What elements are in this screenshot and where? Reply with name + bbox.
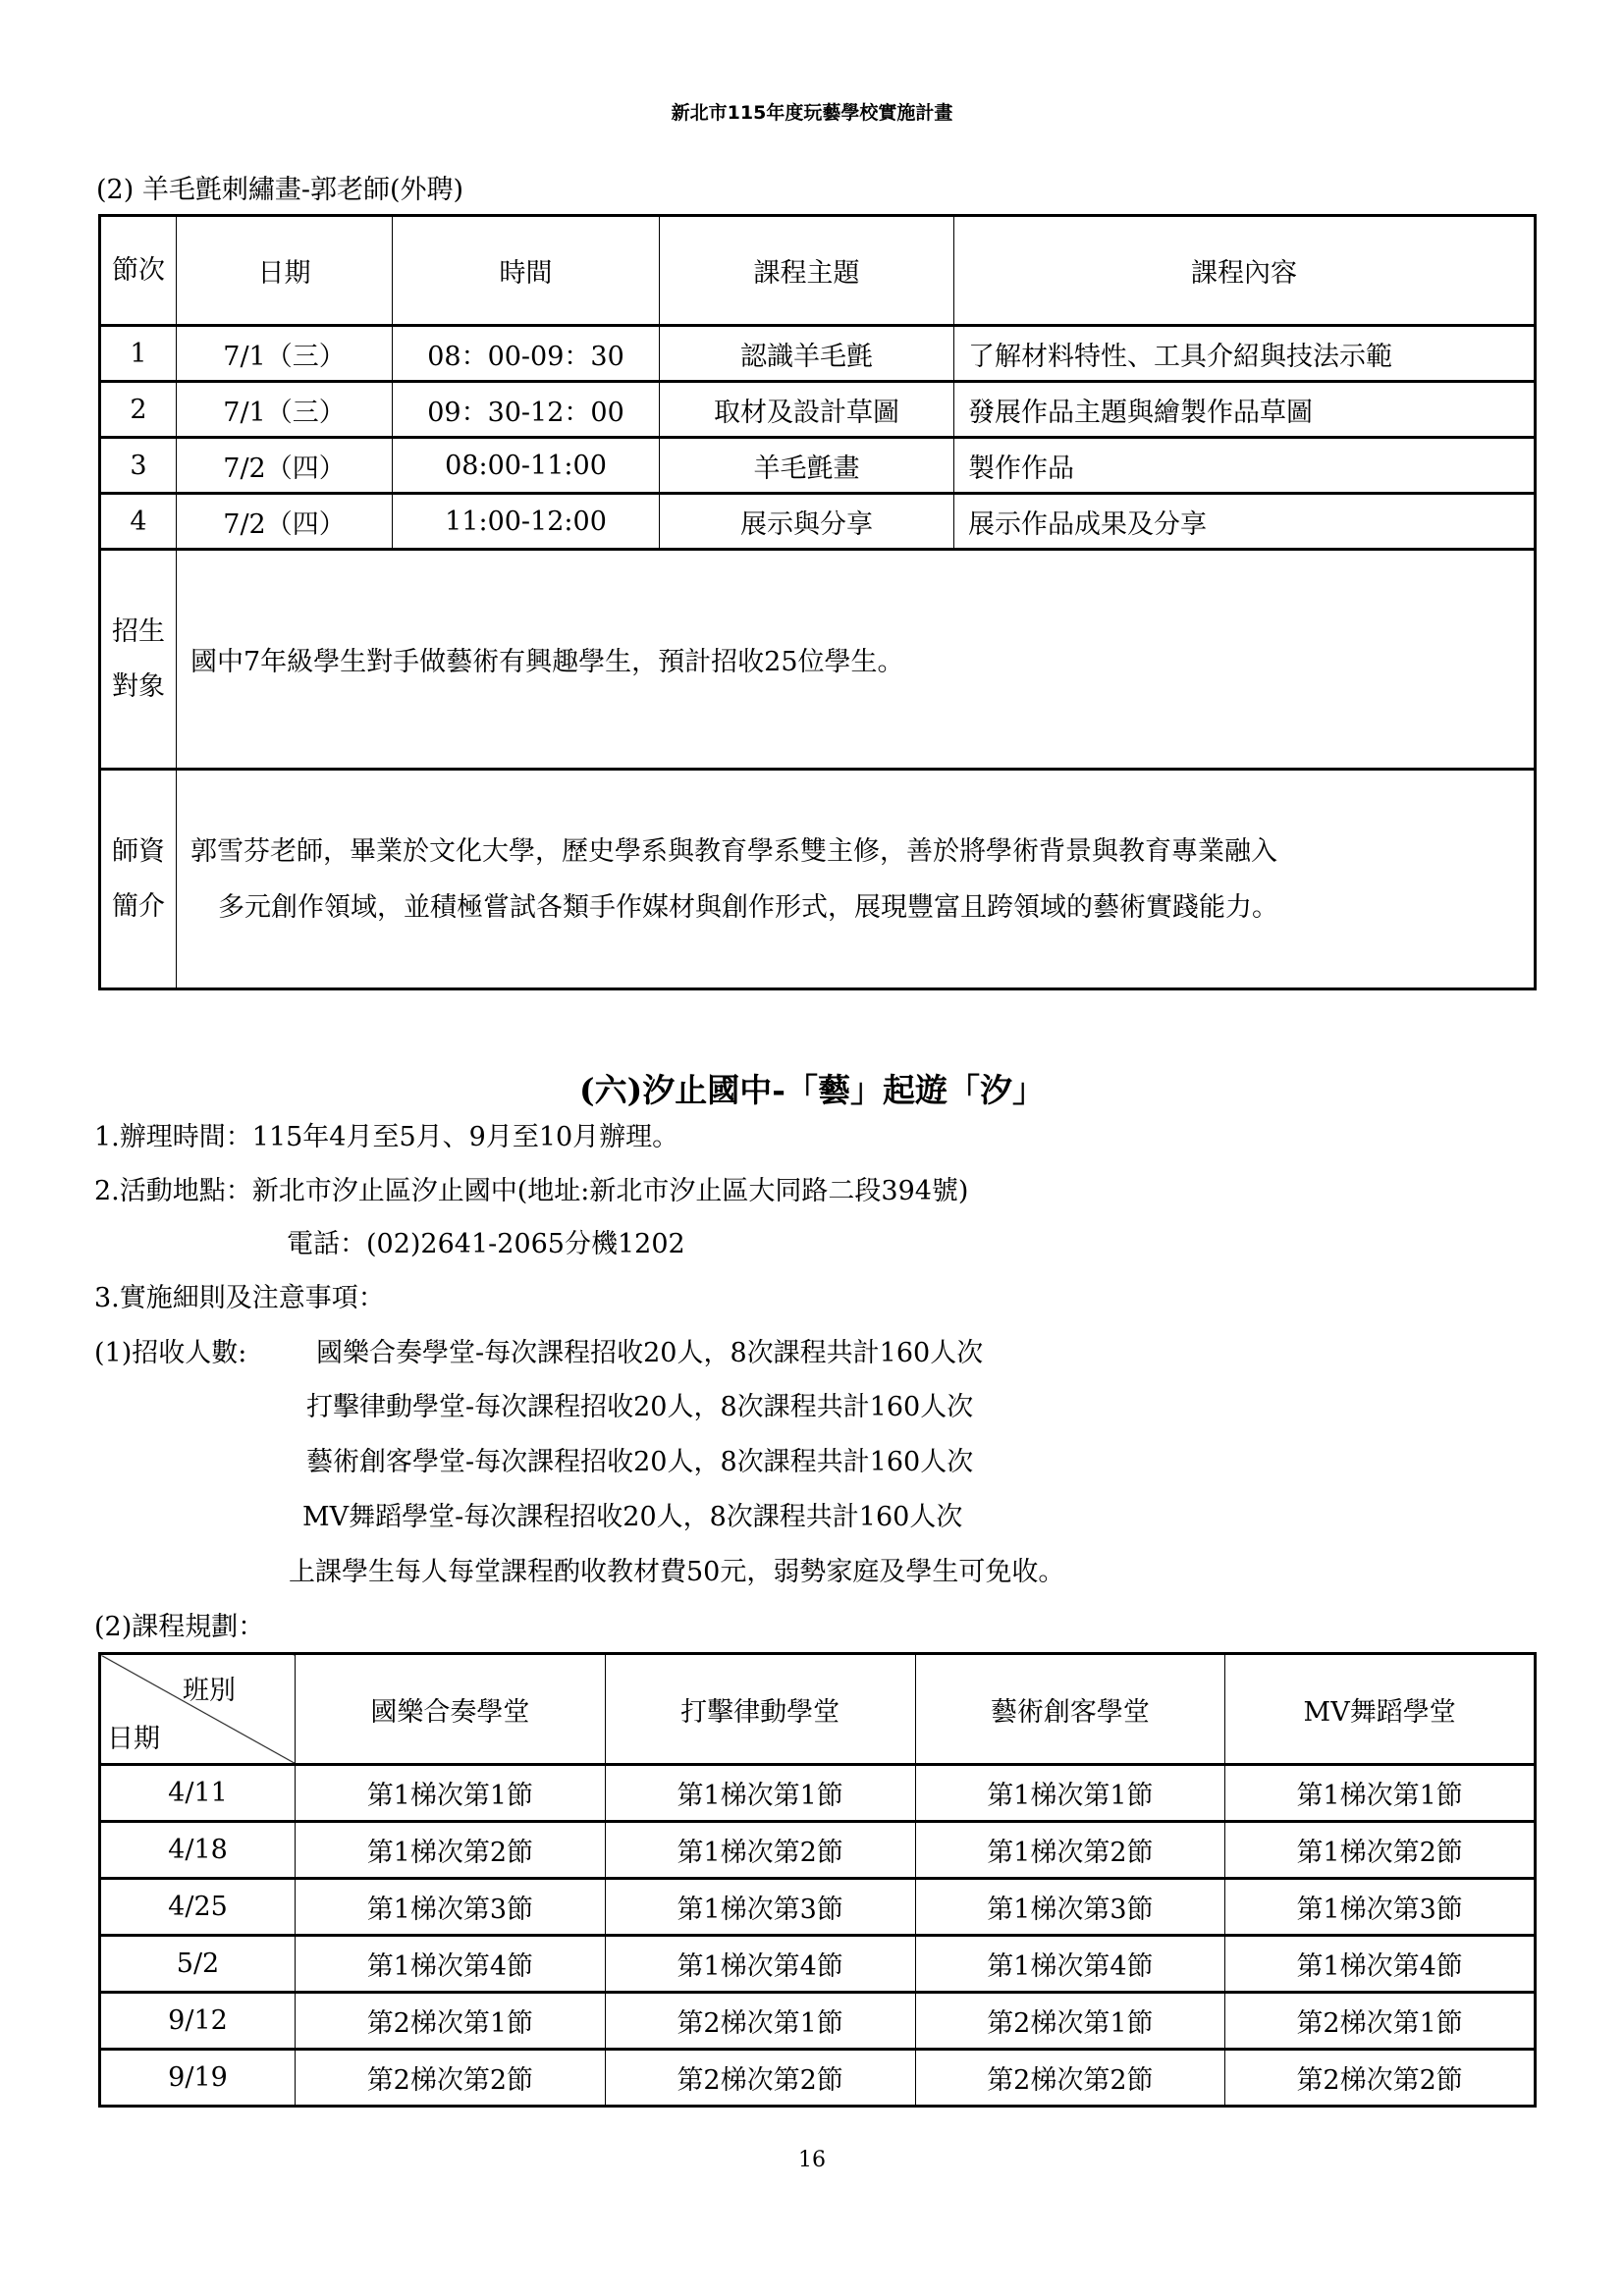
session-date: 7/2（四）	[177, 494, 393, 550]
session-number: 2	[100, 382, 177, 438]
plan-heading: (2)課程規劃：	[94, 1610, 264, 1645]
session-content: 發展作品主題與繪製作品草圖	[954, 382, 1536, 438]
schedule-cell: 第1梯次第1節	[605, 1765, 915, 1822]
course-table: 節次 日期 時間 課程主題 課程內容 1 7/1（三） 08：00-09：30 …	[98, 214, 1537, 990]
schedule-cell: 第2梯次第1節	[1225, 1993, 1536, 2050]
schedule-date: 9/12	[100, 1993, 296, 2050]
col-header-session: 節次	[100, 216, 177, 326]
fee-note: 上課學生每人每堂課程酌收教材費50元，弱勢家庭及學生可免收。	[289, 1555, 1064, 1590]
session-number: 1	[100, 326, 177, 382]
running-header: 新北市115年度玩藝學校實施計畫	[0, 98, 1624, 125]
table-row: 9/12 第2梯次第1節 第2梯次第1節 第2梯次第1節 第2梯次第1節	[100, 1993, 1536, 2050]
schedule-cell: 第1梯次第3節	[296, 1879, 606, 1936]
schedule-cell: 第2梯次第2節	[915, 2050, 1225, 2107]
schedule-cell: 第2梯次第1節	[915, 1993, 1225, 2050]
session-time: 08:00-11:00	[393, 438, 660, 494]
session-number: 3	[100, 438, 177, 494]
schedule-cell: 第1梯次第4節	[915, 1936, 1225, 1993]
teacher-bio-line: 郭雪芬老師，畢業於文化大學，歷史學系與教育學系雙主修，善於將學術背景與教育專業融…	[190, 824, 1534, 880]
enroll-line: 打擊律動學堂-每次課程招收20人，8次課程共計160人次	[306, 1390, 973, 1425]
schedule-cell: 第1梯次第2節	[915, 1822, 1225, 1879]
table-row: 2 7/1（三） 09：30-12：00 取材及設計草圖 發展作品主題與繪製作品…	[100, 382, 1536, 438]
session-content: 了解材料特性、工具介紹與技法示範	[954, 326, 1536, 382]
table-row: 4/18 第1梯次第2節 第1梯次第2節 第1梯次第2節 第1梯次第2節	[100, 1822, 1536, 1879]
session-date: 7/1（三）	[177, 382, 393, 438]
schedule-cell: 第1梯次第3節	[605, 1879, 915, 1936]
schedule-date: 4/25	[100, 1879, 296, 1936]
item-details: 3.實施細則及注意事項：	[94, 1281, 385, 1316]
teacher-label: 師資簡介	[100, 770, 177, 989]
schedule-table: 班別 日期 國樂合奏學堂 打擊律動學堂 藝術創客學堂 MV舞蹈學堂 4/11 第…	[98, 1652, 1537, 2108]
session-topic: 認識羊毛氈	[660, 326, 954, 382]
teacher-bio: 郭雪芬老師，畢業於文化大學，歷史學系與教育學系雙主修，善於將學術背景與教育專業融…	[177, 770, 1536, 989]
session-date: 7/1（三）	[177, 326, 393, 382]
session-topic: 羊毛氈畫	[660, 438, 954, 494]
col-header-date: 日期	[177, 216, 393, 326]
section-title: (六)汐止國中-「藝」起遊「汐」	[0, 1065, 1624, 1111]
session-number: 4	[100, 494, 177, 550]
table-row: 5/2 第1梯次第4節 第1梯次第4節 第1梯次第4節 第1梯次第4節	[100, 1936, 1536, 1993]
teacher-bio-line: 多元創作領域，並積極嘗試各類手作媒材與創作形式，展現豐富且跨領域的藝術實踐能力。	[190, 880, 1534, 935]
schedule-cell: 第1梯次第3節	[915, 1879, 1225, 1936]
schedule-date: 4/18	[100, 1822, 296, 1879]
schedule-cell: 第2梯次第2節	[605, 2050, 915, 2107]
item-schedule: 1.辦理時間：115年4月至5月、9月至10月辦理。	[94, 1120, 678, 1155]
schedule-cell: 第1梯次第2節	[296, 1822, 606, 1879]
enroll-prefix: (1)招收人數:	[94, 1336, 246, 1371]
item-phone: 電話：(02)2641-2065分機1202	[287, 1227, 685, 1262]
table-row: 4 7/2（四） 11:00-12:00 展示與分享 展示作品成果及分享	[100, 494, 1536, 550]
class-header: 國樂合奏學堂	[296, 1654, 606, 1765]
class-header: 藝術創客學堂	[915, 1654, 1225, 1765]
item-location: 2.活動地點：新北市汐止區汐止國中(地址:新北市汐止區大同路二段394號)	[94, 1174, 968, 1209]
session-time: 08：00-09：30	[393, 326, 660, 382]
table-row: 9/19 第2梯次第2節 第2梯次第2節 第2梯次第2節 第2梯次第2節	[100, 2050, 1536, 2107]
enroll-line: MV舞蹈學堂-每次課程招收20人，8次課程共計160人次	[302, 1500, 962, 1535]
schedule-date: 5/2	[100, 1936, 296, 1993]
table-row: 4/25 第1梯次第3節 第1梯次第3節 第1梯次第3節 第1梯次第3節	[100, 1879, 1536, 1936]
session-time: 11:00-12:00	[393, 494, 660, 550]
schedule-cell: 第2梯次第1節	[296, 1993, 606, 2050]
class-header: MV舞蹈學堂	[1225, 1654, 1536, 1765]
enroll-line: 藝術創客學堂-每次課程招收20人，8次課程共計160人次	[306, 1445, 973, 1480]
schedule-cell: 第1梯次第3節	[1225, 1879, 1536, 1936]
table-row: 4/11 第1梯次第1節 第1梯次第1節 第1梯次第1節 第1梯次第1節	[100, 1765, 1536, 1822]
col-header-time: 時間	[393, 216, 660, 326]
page-number: 16	[0, 2148, 1624, 2172]
session-date: 7/2（四）	[177, 438, 393, 494]
schedule-cell: 第1梯次第1節	[296, 1765, 606, 1822]
session-topic: 取材及設計草圖	[660, 382, 954, 438]
table-row: 1 7/1（三） 08：00-09：30 認識羊毛氈 了解材料特性、工具介紹與技…	[100, 326, 1536, 382]
table-row: 3 7/2（四） 08:00-11:00 羊毛氈畫 製作作品	[100, 438, 1536, 494]
session-topic: 展示與分享	[660, 494, 954, 550]
schedule-date: 9/19	[100, 2050, 296, 2107]
corner-header: 班別 日期	[100, 1654, 296, 1765]
enroll-line: 國樂合奏學堂-每次課程招收20人，8次課程共計160人次	[316, 1336, 983, 1371]
schedule-cell: 第1梯次第1節	[915, 1765, 1225, 1822]
col-header-topic: 課程主題	[660, 216, 954, 326]
schedule-cell: 第1梯次第4節	[1225, 1936, 1536, 1993]
enroll-text: 國中7年級學生對手做藝術有興趣學生，預計招收25位學生。	[177, 550, 1536, 770]
schedule-cell: 第1梯次第2節	[605, 1822, 915, 1879]
schedule-cell: 第1梯次第1節	[1225, 1765, 1536, 1822]
class-header: 打擊律動學堂	[605, 1654, 915, 1765]
col-header-content: 課程內容	[954, 216, 1536, 326]
schedule-cell: 第1梯次第4節	[605, 1936, 915, 1993]
schedule-cell: 第1梯次第4節	[296, 1936, 606, 1993]
schedule-cell: 第2梯次第2節	[296, 2050, 606, 2107]
course-heading: (2) 羊毛氈刺繡畫-郭老師(外聘)	[96, 173, 463, 208]
schedule-cell: 第1梯次第2節	[1225, 1822, 1536, 1879]
schedule-cell: 第2梯次第2節	[1225, 2050, 1536, 2107]
corner-class-label: 班別	[183, 1669, 236, 1707]
corner-date-label: 日期	[107, 1717, 160, 1755]
enroll-label: 招生對象	[100, 550, 177, 770]
session-content: 展示作品成果及分享	[954, 494, 1536, 550]
schedule-cell: 第2梯次第1節	[605, 1993, 915, 2050]
schedule-date: 4/11	[100, 1765, 296, 1822]
session-content: 製作作品	[954, 438, 1536, 494]
session-time: 09：30-12：00	[393, 382, 660, 438]
